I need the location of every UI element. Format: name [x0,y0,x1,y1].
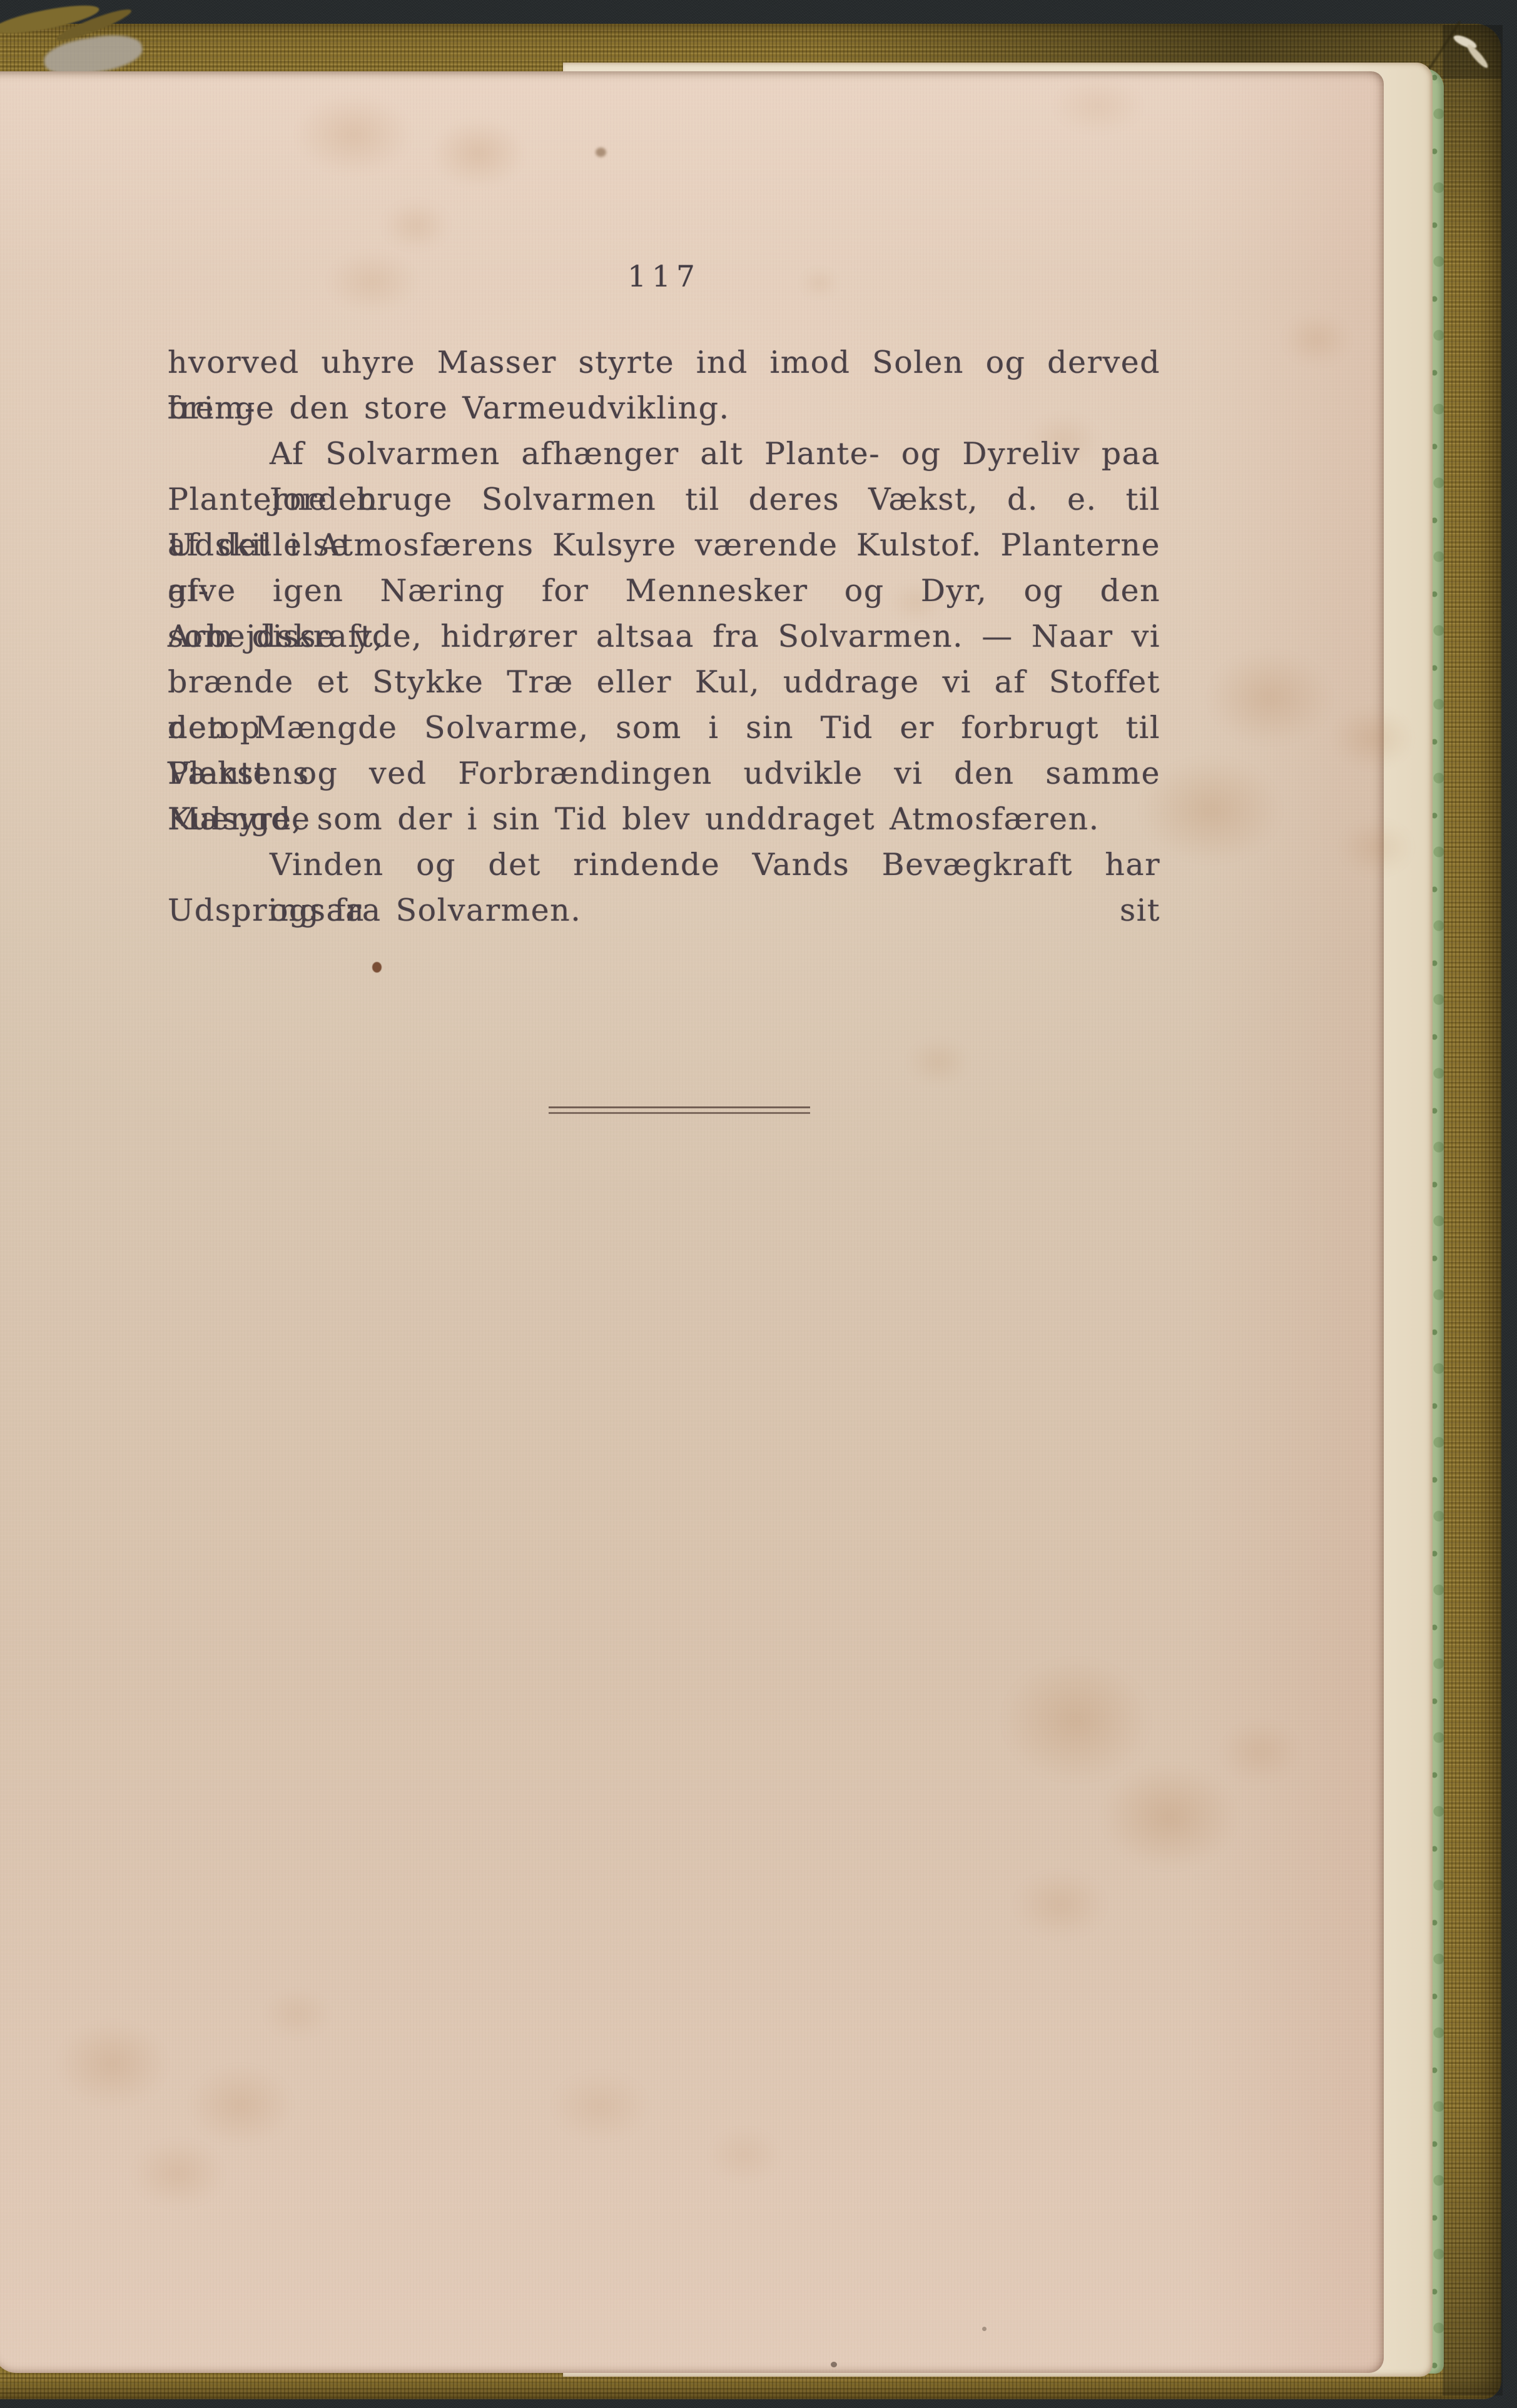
text-line: Planterne bruge Solvarmen til deres Væks… [168,477,1160,522]
text-line: Vækst og ved Forbrændingen udvikle vi de… [168,751,1160,796]
text-line: give igen Næring for Mennesker og Dyr, o… [168,568,1160,614]
printed-text-layer: 117 hvorved uhyre Masser styrte ind imod… [0,0,1517,2408]
text-line: som disse yde, hidrører altsaa fra Solva… [168,614,1160,659]
text-line: Vinden og det rindende Vands Bevægkraft … [168,842,1160,888]
text-block: hvorved uhyre Masser styrte ind imod Sol… [168,340,1160,933]
section-divider-double-rule [549,1106,810,1114]
text-line: af det i Atmosfærens Kulsyre værende Kul… [168,522,1160,568]
text-line: Kulsyre, som der i sin Tid blev unddrage… [168,796,1160,842]
book-page-photo: 117 hvorved uhyre Masser styrte ind imod… [0,0,1517,2408]
text-line: Af Solvarmen afhænger alt Plante- og Dyr… [168,431,1160,477]
text-line: brænde et Stykke Træ eller Kul, uddrage … [168,659,1160,705]
page-number: 117 [168,254,1160,300]
text-line: den Mængde Solvarme, som i sin Tid er fo… [168,705,1160,751]
text-line: hvorved uhyre Masser styrte ind imod Sol… [168,340,1160,385]
ink-dot [372,962,382,973]
text-line: bringe den store Varmeudvikling. [168,385,1160,431]
